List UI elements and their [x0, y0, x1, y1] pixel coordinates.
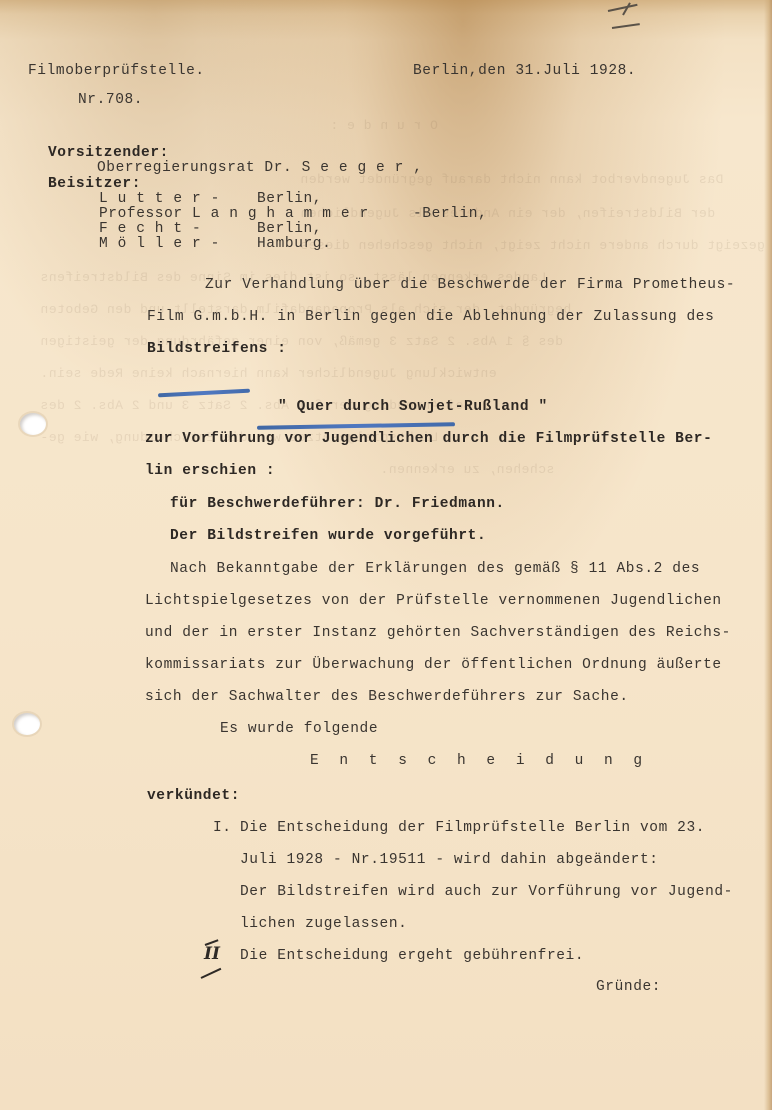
file-number: Nr.708.: [78, 92, 143, 108]
chair-label: Vorsitzender:: [48, 145, 169, 161]
assessors-label: Beisitzer:: [48, 176, 141, 192]
announced-line: verkündet:: [147, 788, 240, 804]
bleed-through: schehen, zu erkennen.: [380, 462, 554, 477]
office-name: Filmoberprüfstelle.: [28, 63, 205, 79]
bleed-through: O r u n d e :: [330, 118, 438, 133]
appearance-line: für Beschwerdeführer: Dr. Friedmann.: [170, 496, 505, 512]
decision-number-handwritten: II: [204, 944, 220, 964]
body-line: Nach Bekanntgabe der Erklärungen des gem…: [170, 561, 700, 577]
decision-line: Die Entscheidung der Filmprüfstelle Berl…: [240, 820, 705, 836]
film-title: " Quer durch Sowjet-Rußland ": [278, 399, 548, 415]
decision-number: I.: [213, 820, 232, 836]
decision-line: Juli 1928 - Nr.19511 - wird dahin abgeän…: [240, 852, 659, 868]
body-line: und der in erster Instanz gehörten Sachv…: [145, 625, 731, 641]
decision-heading: E n t s c h e i d u n g: [310, 753, 648, 769]
body-line: lin erschien :: [145, 463, 275, 479]
chair-name: Oberregierungsrat Dr. S e e g e r ,: [97, 160, 423, 176]
decision-line: lichen zugelassen.: [240, 916, 407, 932]
following-line: Es wurde folgende: [220, 721, 378, 737]
place-date: Berlin,den 31.Juli 1928.: [413, 63, 636, 79]
body-line: zur Vorführung vor Jugendlichen durch di…: [145, 431, 712, 447]
paper-edge: [764, 0, 772, 1110]
punch-hole: [14, 713, 40, 735]
decision-line: Die Entscheidung ergeht gebührenfrei.: [240, 948, 584, 964]
assessor-name: Professor L a n g h a m m e r: [99, 206, 369, 222]
body-line: Lichtspielgesetzes von der Prüfstelle ve…: [145, 593, 722, 609]
reasons-heading: Gründe:: [596, 979, 661, 995]
body-line: kommissariats zur Überwachung der öffent…: [145, 657, 722, 673]
assessor-city: -Berlin,: [413, 206, 487, 222]
intro-line: Bildstreifens :: [147, 341, 287, 357]
assessor-city: Hamburg.: [257, 236, 331, 252]
bleed-through: des § 1 Abs. 2 Satz 3 gemäß, von einer g…: [40, 334, 563, 349]
bleed-through: gezeigt durch andere nicht zeigt, nicht …: [300, 238, 765, 253]
decision-line: Der Bildstreifen wird auch zur Vorführun…: [240, 884, 733, 900]
intro-line: Zur Verhandlung über die Beschwerde der …: [205, 277, 735, 293]
intro-line: Film G.m.b.H. in Berlin gegen die Ablehn…: [147, 309, 714, 325]
screened-line: Der Bildstreifen wurde vorgeführt.: [170, 528, 486, 544]
assessor-name: M ö l l e r -: [99, 236, 220, 252]
assessor-city: Berlin,: [257, 221, 322, 237]
assessor-city: Berlin,: [257, 191, 322, 207]
assessor-name: F e c h t -: [99, 221, 201, 237]
body-line: sich der Sachwalter des Beschwerdeführer…: [145, 689, 629, 705]
assessor-name: L u t t e r -: [99, 191, 220, 207]
punch-hole: [20, 413, 46, 435]
bleed-through: entwicklung Jugendlicher kann hiernach k…: [40, 366, 497, 381]
